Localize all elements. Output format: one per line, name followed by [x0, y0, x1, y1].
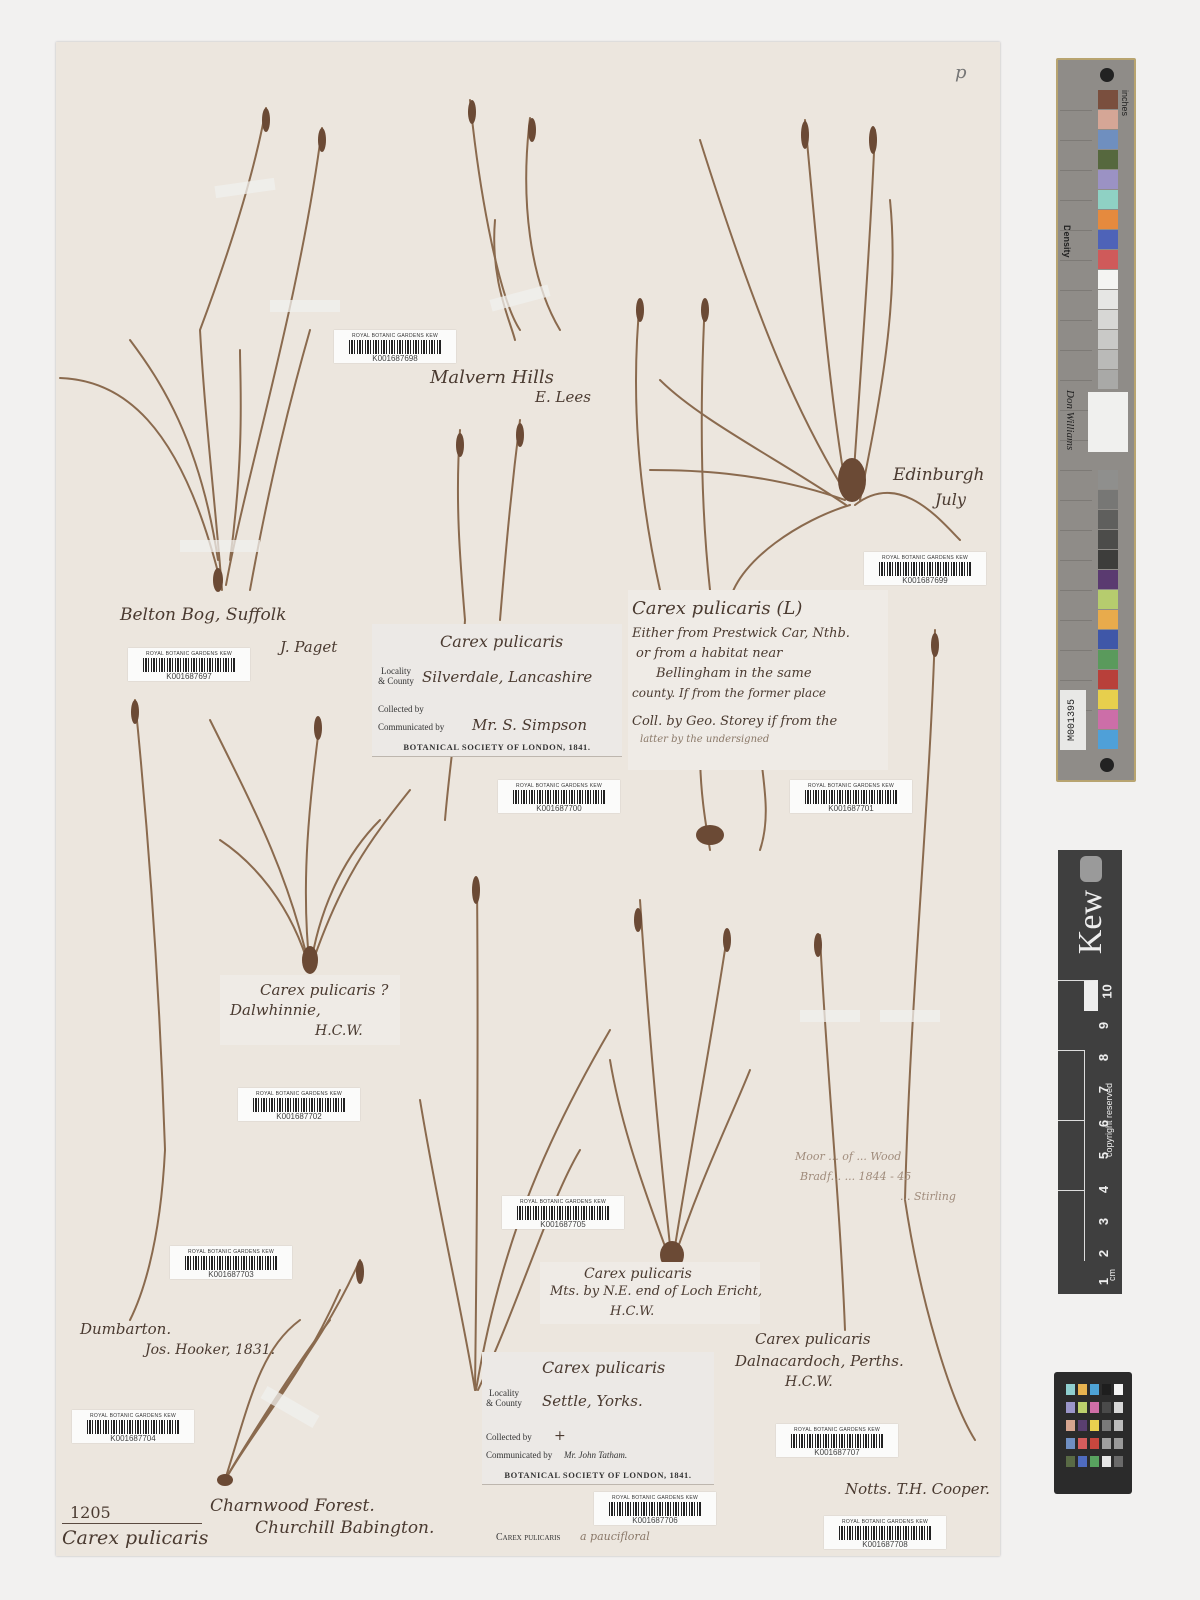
- label-communicated-value: Mr. John Tatham.: [564, 1450, 627, 1460]
- swatch: [1098, 130, 1118, 149]
- swatch: [1098, 370, 1118, 389]
- dalnacardoch-line: Dalnacardoch, Perths.: [735, 1352, 904, 1370]
- printed-footer: Carex pulicaris: [496, 1532, 560, 1543]
- barcode-label: ROYAL BOTANIC GARDENS KEWK001687704: [72, 1410, 194, 1443]
- barcode-org: ROYAL BOTANIC GARDENS KEW: [776, 1427, 898, 1433]
- kew-logo: Kew: [1072, 890, 1110, 954]
- barcode-org: ROYAL BOTANIC GARDENS KEW: [594, 1495, 716, 1501]
- barcode-number: K001687704: [72, 1434, 194, 1443]
- barcode-number: K001687706: [594, 1516, 716, 1525]
- kew-crest-icon: [1080, 856, 1102, 882]
- swatch: [1098, 490, 1118, 509]
- faded-note: Bradf... ... 1844 - 45: [800, 1170, 911, 1183]
- barcode-org: ROYAL BOTANIC GARDENS KEW: [170, 1249, 292, 1255]
- barcode-label: ROYAL BOTANIC GARDENS KEWK001687701: [790, 780, 912, 813]
- loch-ericht-label: Carex pulicaris Mts. by N.E. end of Loch…: [540, 1262, 760, 1324]
- sheet-number: 1205: [70, 1503, 111, 1522]
- label-locality-caption: Locality & County: [378, 666, 414, 686]
- barcode-number: K001687703: [170, 1270, 292, 1279]
- swatch: [1098, 290, 1118, 309]
- barcode-bars: [143, 658, 235, 672]
- label-communicated-caption: Communicated by: [378, 722, 444, 732]
- barcode-number: K001687698: [334, 354, 456, 363]
- ruler-segment: [1058, 1120, 1085, 1191]
- ruler-segment: [1058, 980, 1098, 1011]
- dalnacardoch-line: Carex pulicaris: [755, 1330, 871, 1348]
- checker-cell: [1102, 1438, 1111, 1449]
- swatch: [1098, 110, 1118, 129]
- faded-note: ... Stirling: [900, 1190, 956, 1203]
- dumbarton-line: Jos. Hooker, 1831.: [145, 1342, 275, 1358]
- label-species: Carex pulicaris: [440, 632, 563, 651]
- barcode-bars: [517, 1206, 609, 1220]
- prestwick-line: Coll. by Geo. Storey if from the: [632, 714, 837, 729]
- checker-cell: [1090, 1420, 1099, 1431]
- label-collected-caption: Collected by: [378, 704, 424, 714]
- label-locality-value: Silverdale, Lancashire: [422, 668, 592, 686]
- handwritten-belton-locality: Belton Bog, Suffolk: [120, 605, 286, 625]
- checker-cell: [1102, 1384, 1111, 1395]
- label-collected-value: +: [554, 1428, 566, 1444]
- swatch: [1098, 270, 1118, 289]
- barcode-bars: [805, 790, 897, 804]
- handwritten-edinburgh-locality: Edinburgh: [893, 465, 984, 485]
- checker-cell: [1114, 1456, 1123, 1467]
- mounting-tape: [270, 300, 340, 312]
- bsl-label-settle: Carex pulicaris Locality & County Settle…: [482, 1352, 714, 1485]
- dalwhinnie-line: Carex pulicaris ?: [260, 981, 388, 999]
- swatch: [1098, 210, 1118, 229]
- checker-cell: [1090, 1402, 1099, 1413]
- color-calibration-strip: inches Density Don Williams M001395: [1056, 58, 1136, 782]
- checker-cell: [1078, 1402, 1087, 1413]
- checker-cell: [1066, 1384, 1075, 1395]
- swatch: [1098, 710, 1118, 729]
- dumbarton-line: Dumbarton.: [80, 1320, 171, 1338]
- barcode-org: ROYAL BOTANIC GARDENS KEW: [498, 783, 620, 789]
- checker-cell: [1114, 1438, 1123, 1449]
- ruler-copyright: copyright reserved: [1104, 980, 1114, 1260]
- barcode-org: ROYAL BOTANIC GARDENS KEW: [334, 333, 456, 339]
- swatch: [1098, 610, 1118, 629]
- prestwick-line: Carex pulicaris (L): [632, 598, 802, 619]
- barcode-bars: [513, 790, 605, 804]
- label-locality-value: Settle, Yorks.: [542, 1392, 643, 1410]
- faded-note: Moor ... of ... Wood: [795, 1150, 901, 1163]
- label-society: BOTANICAL SOCIETY OF LONDON, 1841.: [372, 742, 622, 752]
- ruler-segment: [1058, 1190, 1085, 1261]
- barcode-bars: [879, 562, 971, 576]
- label-collected-caption: Collected by: [486, 1432, 532, 1442]
- swatch: [1098, 630, 1118, 649]
- checker-cell: [1102, 1420, 1111, 1431]
- swatch: [1098, 670, 1118, 689]
- barcode-org: ROYAL BOTANIC GARDENS KEW: [72, 1413, 194, 1419]
- swatch: [1098, 350, 1118, 369]
- barcode-label: ROYAL BOTANIC GARDENS KEWK001687703: [170, 1246, 292, 1279]
- swatch: [1098, 250, 1118, 269]
- handwritten-malvern-collector: E. Lees: [535, 388, 591, 406]
- prestwick-line: latter by the undersigned: [640, 734, 769, 745]
- checker-cell: [1066, 1420, 1075, 1431]
- strip-units: inches: [1120, 90, 1130, 116]
- prestwick-line: Either from Prestwick Car, Nthb.: [632, 626, 850, 641]
- barcode-label: ROYAL BOTANIC GARDENS KEWK001687708: [824, 1516, 946, 1549]
- barcode-org: ROYAL BOTANIC GARDENS KEW: [128, 651, 250, 657]
- swatch: [1098, 230, 1118, 249]
- swatch: [1098, 150, 1118, 169]
- checker-cell: [1078, 1384, 1087, 1395]
- mounting-tape: [800, 1010, 860, 1022]
- ruler-unit: cm: [1107, 1269, 1117, 1281]
- checker-cell: [1078, 1456, 1087, 1467]
- barcode-org: ROYAL BOTANIC GARDENS KEW: [502, 1199, 624, 1205]
- barcode-number: K001687708: [824, 1540, 946, 1549]
- charnwood-line: Charnwood Forest.: [210, 1496, 375, 1516]
- swatch: [1098, 510, 1118, 529]
- charnwood-line: Churchill Babington.: [255, 1518, 434, 1538]
- checker-cell: [1090, 1456, 1099, 1467]
- barcode-bars: [87, 1420, 179, 1434]
- barcode-org: ROYAL BOTANIC GARDENS KEW: [824, 1519, 946, 1525]
- barcode-number: K001687697: [128, 672, 250, 681]
- barcode-number: K001687701: [790, 804, 912, 813]
- checker-cell: [1102, 1456, 1111, 1467]
- checker-cell: [1090, 1438, 1099, 1449]
- label-species: Carex pulicaris: [542, 1358, 665, 1377]
- mounting-tape: [180, 540, 260, 552]
- barcode-bars: [253, 1098, 345, 1112]
- handwritten-malvern-locality: Malvern Hills: [430, 367, 554, 388]
- mounting-tape: [880, 1010, 940, 1022]
- checker-cell: [1078, 1420, 1087, 1431]
- label-communicated-value: Mr. S. Simpson: [472, 716, 587, 734]
- barcode-label: ROYAL BOTANIC GARDENS KEWK001687699: [864, 552, 986, 585]
- label-communicated-caption: Communicated by: [486, 1450, 552, 1460]
- checker-cell: [1066, 1456, 1075, 1467]
- strip-hole: [1100, 758, 1114, 772]
- ruler-segment: [1058, 1050, 1085, 1121]
- kew-scale-ruler: Kew 10 9 8 7 6 5 4 3 2 1 copyright reser…: [1058, 850, 1122, 1294]
- barcode-number: K001687707: [776, 1448, 898, 1457]
- prestwick-line: or from a habitat near: [636, 646, 782, 661]
- prestwick-line: Bellingham in the same: [656, 666, 812, 681]
- prestwick-line: county. If from the former place: [632, 686, 826, 700]
- swatch: [1098, 570, 1118, 589]
- barcode-label: ROYAL BOTANIC GARDENS KEWK001687707: [776, 1424, 898, 1457]
- checker-cell: [1114, 1420, 1123, 1431]
- barcode-number: K001687699: [864, 576, 986, 585]
- swatch: [1098, 530, 1118, 549]
- barcode-label: ROYAL BOTANIC GARDENS KEWK001687705: [502, 1196, 624, 1229]
- barcode-label: ROYAL BOTANIC GARDENS KEWK001687706: [594, 1492, 716, 1525]
- checker-cell: [1066, 1438, 1075, 1449]
- swatch: [1098, 550, 1118, 569]
- barcode-bars: [839, 1526, 931, 1540]
- notts-line: Notts. T.H. Cooper.: [845, 1480, 990, 1498]
- checker-cell: [1078, 1438, 1087, 1449]
- barcode-org: ROYAL BOTANIC GARDENS KEW: [238, 1091, 360, 1097]
- dalnacardoch-line: H.C.W.: [785, 1374, 833, 1390]
- handwritten-edinburgh-date: July: [935, 490, 966, 509]
- checker-cell: [1090, 1384, 1099, 1395]
- swatch: [1098, 190, 1118, 209]
- loch-ericht-line: Mts. by N.E. end of Loch Ericht,: [550, 1284, 762, 1299]
- swatch: [1098, 730, 1118, 749]
- printed-footer-annotation: a paucifloral: [580, 1530, 650, 1543]
- divider: [62, 1523, 202, 1524]
- checker-cell: [1102, 1402, 1111, 1413]
- loch-ericht-line: Carex pulicaris: [584, 1266, 692, 1282]
- strip-target: [1088, 392, 1128, 452]
- barcode-bars: [609, 1502, 701, 1516]
- swatch: [1098, 170, 1118, 189]
- barcode-bars: [791, 1434, 883, 1448]
- swatch: [1098, 690, 1118, 709]
- dalwhinnie-line: Dalwhinnie,: [230, 1001, 321, 1019]
- barcode-number: K001687705: [502, 1220, 624, 1229]
- sheet-bottom-name: Carex pulicaris: [62, 1527, 208, 1549]
- barcode-number: K001687700: [498, 804, 620, 813]
- swatch: [1098, 650, 1118, 669]
- label-society: BOTANICAL SOCIETY OF LONDON, 1841.: [482, 1470, 714, 1480]
- bsl-label-silverdale: Carex pulicaris Locality & County Silver…: [372, 624, 622, 757]
- barcode-label: ROYAL BOTANIC GARDENS KEWK001687697: [128, 648, 250, 681]
- barcode-label: ROYAL BOTANIC GARDENS KEWK001687698: [334, 330, 456, 363]
- dalwhinnie-label: Carex pulicaris ? Dalwhinnie, H.C.W.: [220, 975, 400, 1045]
- strip-id: M001395: [1060, 690, 1086, 750]
- handwritten-belton-collector: J. Paget: [280, 638, 337, 656]
- swatch: [1098, 470, 1118, 489]
- dalwhinnie-line: H.C.W.: [315, 1023, 363, 1039]
- prestwick-label: Carex pulicaris (L) Either from Prestwic…: [628, 590, 888, 770]
- corner-mark: p: [955, 62, 967, 83]
- barcode-label: ROYAL BOTANIC GARDENS KEWK001687702: [238, 1088, 360, 1121]
- color-checker-card: [1054, 1372, 1132, 1494]
- loch-ericht-line: H.C.W.: [610, 1304, 654, 1319]
- barcode-org: ROYAL BOTANIC GARDENS KEW: [864, 555, 986, 561]
- barcode-org: ROYAL BOTANIC GARDENS KEW: [790, 783, 912, 789]
- swatch: [1098, 90, 1118, 109]
- barcode-bars: [349, 340, 441, 354]
- strip-hole: [1100, 68, 1114, 82]
- swatch: [1098, 330, 1118, 349]
- swatch: [1098, 310, 1118, 329]
- barcode-label: ROYAL BOTANIC GARDENS KEWK001687700: [498, 780, 620, 813]
- checker-cell: [1066, 1402, 1075, 1413]
- label-locality-caption: Locality & County: [486, 1388, 522, 1408]
- checker-cell: [1114, 1384, 1123, 1395]
- barcode-number: K001687702: [238, 1112, 360, 1121]
- barcode-bars: [185, 1256, 277, 1270]
- checker-cell: [1114, 1402, 1123, 1413]
- swatch: [1098, 590, 1118, 609]
